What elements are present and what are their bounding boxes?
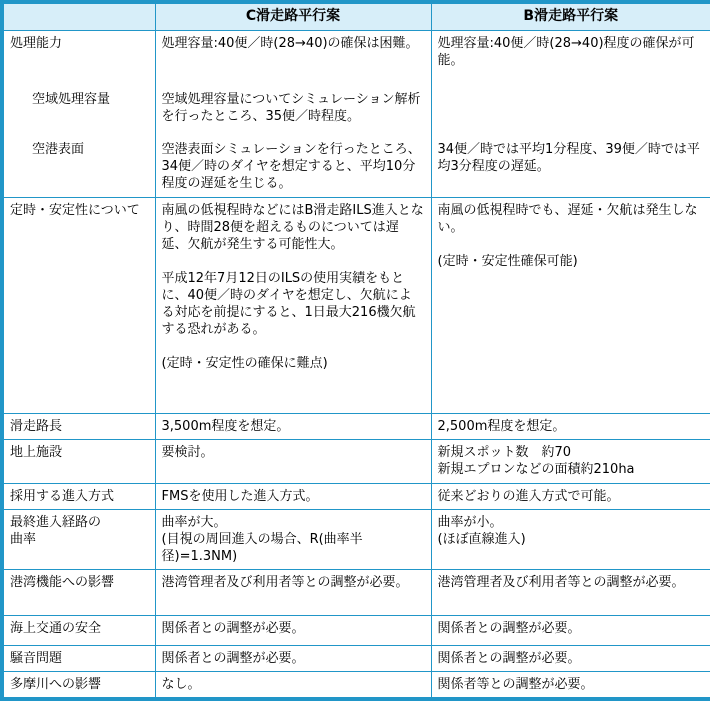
cell-punctuality-plan-b: 南風の低視程時でも、遅延・欠航は発生しない。 (定時・安定性確保可能) xyxy=(431,197,710,413)
table-row-noise: 騒音問題 関係者との調整が必要。 関係者との調整が必要。 xyxy=(2,645,710,671)
row-label-maritime-safety: 海上交通の安全 xyxy=(2,615,155,645)
header-plan-b: B滑走路平行案 xyxy=(431,2,710,30)
row-label-noise: 騒音問題 xyxy=(2,645,155,671)
table-row-maritime-safety: 海上交通の安全 関係者との調整が必要。 関係者との調整が必要。 xyxy=(2,615,710,645)
cell-noise-plan-b: 関係者との調整が必要。 xyxy=(431,645,710,671)
table-row-runway-length: 滑走路長 3,500m程度を想定。 2,500m程度を想定。 xyxy=(2,413,710,439)
cell-port-functions-plan-c: 港湾管理者及び利用者等との調整が必要。 xyxy=(155,569,431,615)
table-row-capacity: 処理能力空域処理容量空港表面 処理容量:40便／時(28→40)の確保は困難。空… xyxy=(2,30,710,197)
row-label-approach-method: 採用する進入方式 xyxy=(2,483,155,509)
row-label-ground-facilities: 地上施設 xyxy=(2,439,155,483)
row-label-capacity: 処理能力空域処理容量空港表面 xyxy=(2,30,155,197)
cell-tama-river-plan-b: 関係者等との調整が必要。 xyxy=(431,671,710,699)
cell-capacity-plan-b: 処理容量:40便／時(28→40)程度の確保が可能。34便／時では平均1分程度、… xyxy=(431,30,710,197)
table-row-tama-river: 多摩川への影響 なし。 関係者等との調整が必要。 xyxy=(2,671,710,699)
cell-runway-length-plan-c: 3,500m程度を想定。 xyxy=(155,413,431,439)
row-label-port-functions: 港湾機能への影響 xyxy=(2,569,155,615)
cell-approach-method-plan-c: FMSを使用した進入方式。 xyxy=(155,483,431,509)
cell-ground-facilities-plan-b: 新規スポット数 約70 新規エプロンなどの面積約210ha xyxy=(431,439,710,483)
table-row-punctuality: 定時・安定性について 南風の低視程時などにはB滑走路ILS進入となり、時間28便… xyxy=(2,197,710,413)
cell-noise-plan-c: 関係者との調整が必要。 xyxy=(155,645,431,671)
sublabel-airspace-capacity: 空域処理容量 xyxy=(10,91,149,141)
runway-plan-comparison-table: C滑走路平行案 B滑走路平行案 処理能力空域処理容量空港表面 処理容量:40便／… xyxy=(0,0,710,701)
cell-port-functions-plan-b: 港湾管理者及び利用者等との調整が必要。 xyxy=(431,569,710,615)
cell-maritime-safety-plan-b: 関係者との調整が必要。 xyxy=(431,615,710,645)
cell-curvature-plan-c: 曲率が大。 (目視の周回進入の場合、R(曲率半径)=1.3NM) xyxy=(155,509,431,569)
header-plan-c: C滑走路平行案 xyxy=(155,2,431,30)
table-row-approach-method: 採用する進入方式 FMSを使用した進入方式。 従来どおりの進入方式で可能。 xyxy=(2,483,710,509)
cell-tama-river-plan-c: なし。 xyxy=(155,671,431,699)
capacity-b-surface: 34便／時では平均1分程度、39便／時では平均3分程度の遅延。 xyxy=(438,141,705,175)
header-row: C滑走路平行案 B滑走路平行案 xyxy=(2,2,710,30)
cell-punctuality-plan-c: 南風の低視程時などにはB滑走路ILS進入となり、時間28便を超えるものについては… xyxy=(155,197,431,413)
cell-curvature-plan-b: 曲率が小。 (ほぼ直線進入) xyxy=(431,509,710,569)
label-capacity: 処理能力 xyxy=(10,35,149,91)
capacity-c-surface: 空港表面シミュレーションを行ったところ、34便／時のダイヤを想定すると、平均10… xyxy=(162,141,425,192)
table-row-port-functions: 港湾機能への影響 港湾管理者及び利用者等との調整が必要。 港湾管理者及び利用者等… xyxy=(2,569,710,615)
capacity-c-overview: 処理容量:40便／時(28→40)の確保は困難。 xyxy=(162,35,425,91)
row-label-curvature: 最終進入経路の 曲率 xyxy=(2,509,155,569)
capacity-b-overview: 処理容量:40便／時(28→40)程度の確保が可能。 xyxy=(438,35,705,91)
row-label-punctuality: 定時・安定性について xyxy=(2,197,155,413)
cell-runway-length-plan-b: 2,500m程度を想定。 xyxy=(431,413,710,439)
table-row-ground-facilities: 地上施設 要検討。 新規スポット数 約70 新規エプロンなどの面積約210ha xyxy=(2,439,710,483)
sublabel-airport-surface: 空港表面 xyxy=(10,141,149,158)
cell-approach-method-plan-b: 従来どおりの進入方式で可能。 xyxy=(431,483,710,509)
cell-capacity-plan-c: 処理容量:40便／時(28→40)の確保は困難。空域処理容量についてシミュレーシ… xyxy=(155,30,431,197)
row-label-runway-length: 滑走路長 xyxy=(2,413,155,439)
header-empty-cell xyxy=(2,2,155,30)
capacity-b-airspace xyxy=(438,91,705,141)
cell-maritime-safety-plan-c: 関係者との調整が必要。 xyxy=(155,615,431,645)
capacity-c-airspace: 空域処理容量についてシミュレーション解析を行ったところ、35便／時程度。 xyxy=(162,91,425,141)
cell-ground-facilities-plan-c: 要検討。 xyxy=(155,439,431,483)
row-label-tama-river: 多摩川への影響 xyxy=(2,671,155,699)
table-row-curvature: 最終進入経路の 曲率 曲率が大。 (目視の周回進入の場合、R(曲率半径)=1.3… xyxy=(2,509,710,569)
